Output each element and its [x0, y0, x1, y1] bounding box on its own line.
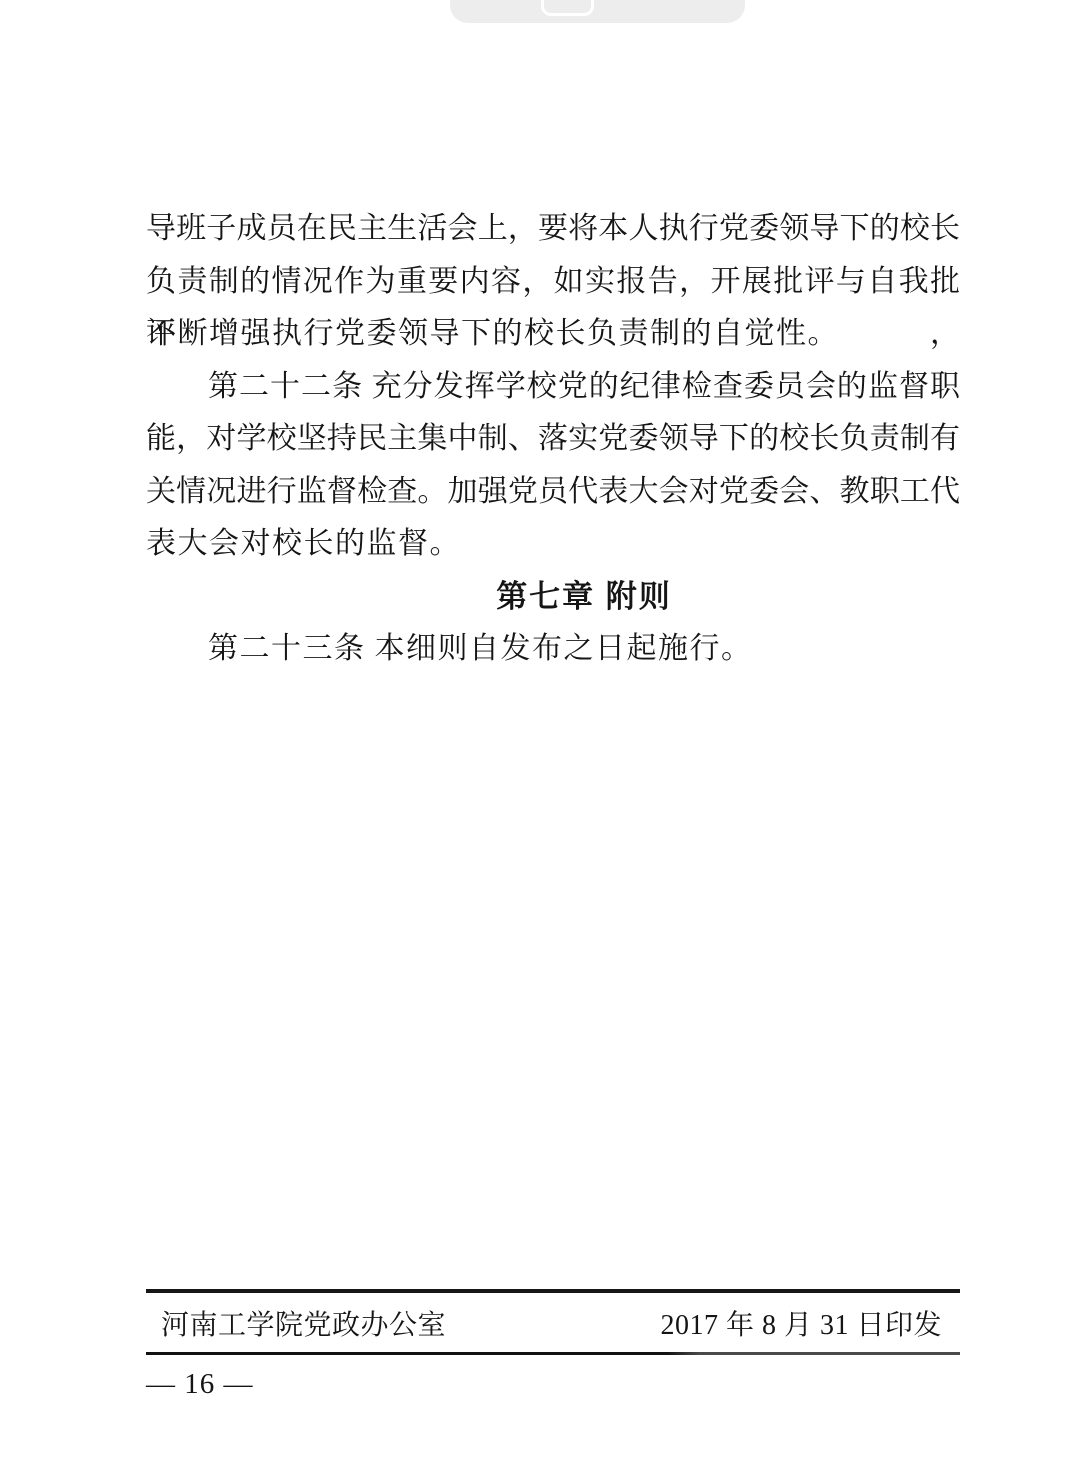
chapter-heading: 第七章 附则 — [146, 571, 960, 624]
body-line: 负责制的情况作为重要内容，如实报告，开展批评与自我批评， — [146, 256, 960, 309]
footer-row: 河南工学院党政办公室 2017 年 8 月 31 日印发 — [146, 1294, 960, 1352]
toolbar-button[interactable] — [541, 0, 594, 16]
issue-date: 2017 年 8 月 31 日印发 — [660, 1303, 960, 1343]
document-body: 导班子成员在民主生活会上，要将本人执行党委领导下的校长 负责制的情况作为重要内容… — [146, 203, 960, 676]
issuing-office: 河南工学院党政办公室 — [146, 1303, 446, 1343]
footer-rule-top — [146, 1289, 960, 1293]
body-line-article-23: 第二十三条 本细则自发布之日起施行。 — [146, 623, 960, 676]
page-number: — 16 — — [146, 1368, 254, 1401]
floating-toolbar-fragment — [450, 0, 745, 23]
body-line: 表大会对校长的监督。 — [146, 518, 960, 571]
body-line: 导班子成员在民主生活会上，要将本人执行党委领导下的校长 — [146, 203, 960, 256]
body-line-article-22: 第二十二条 充分发挥学校党的纪律检查委员会的监督职 — [146, 361, 960, 414]
body-line: 不断增强执行党委领导下的校长负责制的自觉性。 — [146, 308, 960, 361]
body-line: 能，对学校坚持民主集中制、落实党委领导下的校长负责制有 — [146, 413, 960, 466]
document-page: 导班子成员在民主生活会上，要将本人执行党委领导下的校长 负责制的情况作为重要内容… — [0, 0, 1092, 1477]
body-line: 关情况进行监督检查。加强党员代表大会对党委会、教职工代 — [146, 466, 960, 519]
footer-rule-bottom — [146, 1352, 960, 1355]
